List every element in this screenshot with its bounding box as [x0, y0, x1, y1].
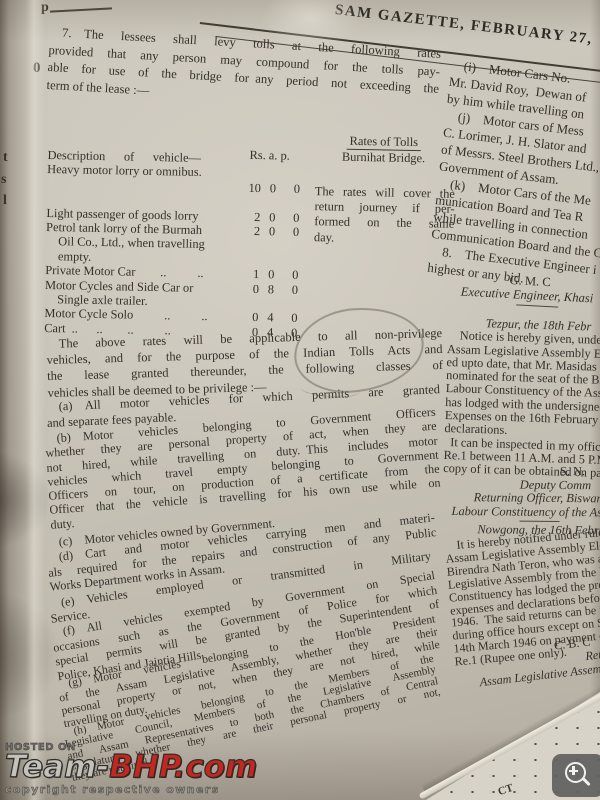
- edge-fragment: 0: [33, 60, 41, 77]
- signature-title: Labour Constituency of the Assam: [452, 505, 600, 520]
- rs-a-p-header: Rs. a. p.: [249, 148, 290, 164]
- amount-rupees: [232, 249, 260, 250]
- masthead-rule-fragment: [50, 7, 112, 12]
- right-column-items-ijk: (i) Motor Cars No.Mr. David Roy, Dewan o…: [427, 56, 600, 294]
- amount-annas: 0: [259, 267, 283, 282]
- amount-rupees: 2: [232, 224, 260, 239]
- amount-annas: 4: [258, 310, 282, 325]
- edge-fragment: l: [3, 193, 7, 209]
- edge-fragment: s: [1, 172, 6, 188]
- watermark-copyright: copyright respective owners: [5, 783, 257, 796]
- amount-rupees: 0: [231, 281, 259, 296]
- underpage-text-fragment: CT: [497, 782, 515, 798]
- amount-rupees: [231, 306, 259, 307]
- burnihat-bridge-label: Burnihat Bridge.: [313, 149, 453, 167]
- toll-table-rates-header: Rates of Tolls Burnihat Bridge.: [313, 133, 454, 167]
- watermark-brand-red: BHP.com: [109, 749, 257, 785]
- amount-annas: 0: [260, 224, 284, 239]
- amount-annas: 0: [260, 210, 284, 225]
- paragraph-7: 7. The lessees shall levy tolls at the f…: [46, 24, 441, 116]
- zoom-button[interactable]: [552, 754, 600, 797]
- section-rule: [516, 304, 558, 307]
- amount-pies: 0: [283, 282, 307, 297]
- signature-title: Assam Legislative Assembly El: [479, 655, 600, 689]
- signature-name: S. N.: [560, 465, 600, 479]
- watermark: HOSTED ON Team-BHP.com copyright respect…: [5, 742, 257, 796]
- amount-rupees: 1: [231, 267, 259, 282]
- amount-rupees: 10: [233, 180, 261, 195]
- tezpur-notice: Tezpur, the 18th Febr Notice is hereby g…: [443, 316, 600, 481]
- watermark-brand-gray: Team-: [5, 749, 109, 785]
- gazette-photo: SAM GAZETTE, FEBRUARY 27, p 0 t s l 7. T…: [0, 0, 600, 800]
- amount-pies: 0: [284, 210, 308, 225]
- toll-table: Rates of Tolls Burnihat Bridge. Rs. a. p…: [44, 130, 458, 343]
- amount-rupees: 2: [232, 209, 260, 224]
- amount-rupees: [233, 177, 261, 178]
- amount-rupees: [231, 263, 259, 264]
- amount-pies: 0: [284, 225, 308, 240]
- amount-annas: 0: [261, 181, 285, 196]
- amount-pies: 0: [283, 268, 307, 283]
- amount-annas: 8: [259, 282, 283, 297]
- edge-fragment: p: [41, 0, 49, 16]
- signature-executive-engineer: G. M. C Executive Engineer, Khasi: [450, 270, 600, 312]
- edge-fragment: t: [3, 150, 8, 166]
- rates-of-tolls-label: Rates of Tolls: [346, 134, 421, 151]
- amount-pies: 0: [285, 181, 309, 196]
- notice-body: Notice is hereby given, under rulAssam L…: [443, 329, 600, 481]
- amount-pies: 0: [282, 311, 306, 326]
- watermark-brand: Team-BHP.com: [5, 753, 257, 782]
- amount-rupees: 0: [230, 310, 258, 325]
